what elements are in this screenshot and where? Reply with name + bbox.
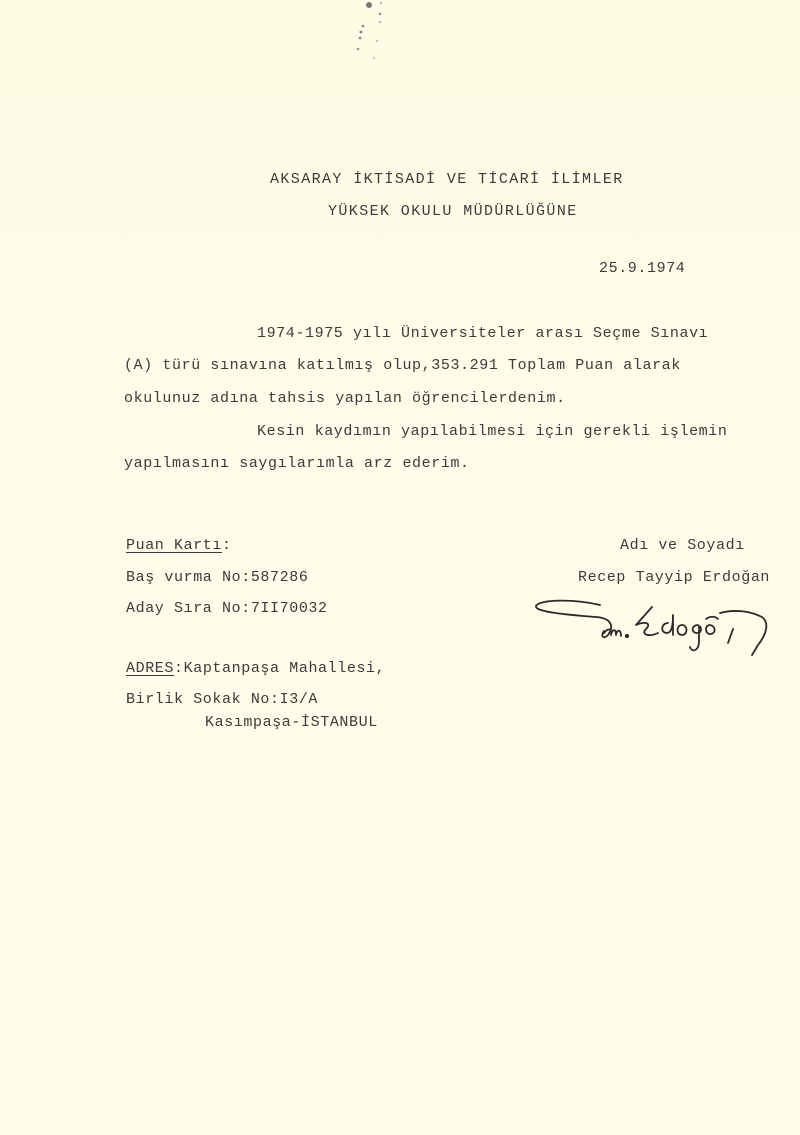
body-paragraph1-line2: (A) türü sınavına katılmış olup,353.291 … (124, 357, 681, 374)
address-line1: ADRES:Kaptanpaşa Mahallesi, (126, 660, 385, 677)
body-paragraph2-line2: yapılmasını saygılarımla arz ederim. (124, 455, 470, 472)
address-line3: Kasımpaşa-İSTANBUL (205, 714, 378, 731)
candidate-number-value: 7II70032 (251, 600, 328, 617)
candidate-number-row: Aday Sıra No:7II70032 (126, 600, 328, 617)
body-paragraph1-line3: okulunuz adına tahsis yapılan öğrenciler… (124, 390, 566, 407)
letter-date: 25.9.1974 (599, 260, 685, 277)
score-card-title-colon: : (222, 537, 232, 554)
body-paragraph2-line1: Kesin kaydımın yapılabilmesi için gerekl… (257, 423, 727, 440)
exam-number-row: Baş vurma No:587286 (126, 569, 308, 586)
candidate-number-label: Aday Sıra No: (126, 600, 251, 617)
score-card-title-text: Puan Kartı (126, 537, 222, 554)
body-paragraph1-line1: 1974-1975 yılı Üniversiteler arası Seçme… (257, 325, 708, 342)
ink-specks-decoration (355, 0, 395, 70)
recipient-heading-line1: AKSARAY İKTİSADİ VE TİCARİ İLİMLER (270, 171, 624, 188)
exam-number-label: Baş vurma No: (126, 569, 251, 586)
signatory-name: Recep Tayyip Erdoğan (578, 569, 770, 586)
address-separator: : (174, 660, 184, 677)
score-card-title: Puan Kartı: (126, 537, 232, 554)
address-label: ADRES (126, 660, 174, 677)
exam-number-value: 587286 (251, 569, 309, 586)
handwritten-signature-icon (530, 595, 795, 680)
recipient-heading-line2: YÜKSEK OKULU MÜDÜRLÜĞÜNE (328, 203, 578, 220)
address-line2: Birlik Sokak No:I3/A (126, 691, 318, 708)
document-page: AKSARAY İKTİSADİ VE TİCARİ İLİMLER YÜKSE… (0, 0, 800, 1135)
signature-label: Adı ve Soyadı (620, 537, 745, 554)
address-neighborhood: Kaptanpaşa Mahallesi, (184, 660, 386, 677)
